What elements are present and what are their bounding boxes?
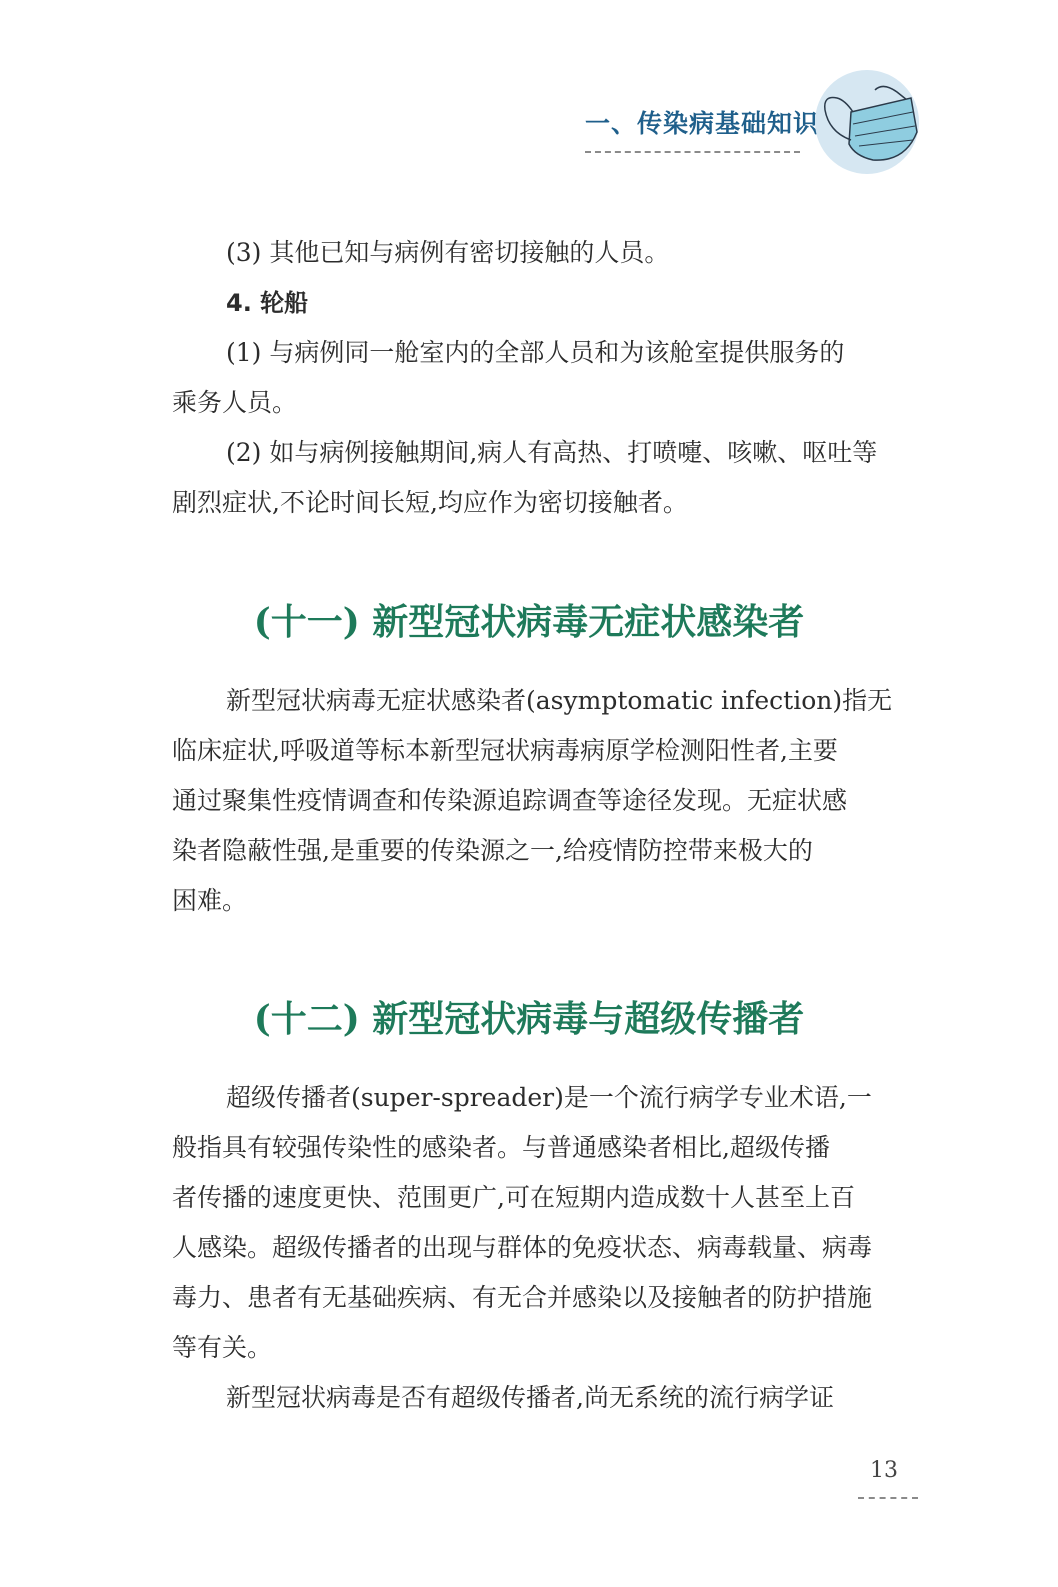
text-block-asymptomatic: 新型冠状病毒无症状感染者(asymptomatic infection)指无 临…	[172, 676, 918, 926]
paragraph-line: 乘务人员。	[172, 378, 918, 428]
chapter-title: 一、传染病基础知识	[585, 104, 819, 140]
paragraph-line: (1) 与病例同一舱室内的全部人员和为该舱室提供服务的	[172, 328, 918, 378]
paragraph-line: 新型冠状病毒无症状感染者(asymptomatic infection)指无	[172, 676, 918, 726]
paragraph-line: 困难。	[172, 876, 918, 926]
paragraph-line: (2) 如与病例接触期间,病人有高热、打喷嚏、咳嗽、呕吐等	[172, 428, 918, 478]
paragraph-line: 通过聚集性疫情调查和传染源追踪调查等途径发现。无症状感	[172, 776, 918, 826]
paragraph-line: 般指具有较强传染性的感染者。与普通感染者相比,超级传播	[172, 1123, 918, 1173]
face-mask-icon	[815, 70, 919, 174]
section-heading-asymptomatic: (十一) 新型冠状病毒无症状感染者	[0, 594, 1058, 645]
paragraph-line: 超级传播者(super-spreader)是一个流行病学专业术语,一	[172, 1073, 918, 1123]
section-heading-super-spreader: (十二) 新型冠状病毒与超级传播者	[0, 991, 1058, 1042]
paragraph-line: 染者隐蔽性强,是重要的传染源之一,给疫情防控带来极大的	[172, 826, 918, 876]
paragraph-line: 者传播的速度更快、范围更广,可在短期内造成数十人甚至上百	[172, 1173, 918, 1223]
subheading-ship: 4. 轮船	[172, 278, 918, 328]
paragraph-line: 人感染。超级传播者的出现与群体的免疫状态、病毒载量、病毒	[172, 1223, 918, 1273]
page-number: 13	[870, 1458, 898, 1483]
paragraph-line: (3) 其他已知与病例有密切接触的人员。	[172, 228, 918, 278]
footer-divider	[858, 1497, 918, 1499]
text-block-super-spreader: 超级传播者(super-spreader)是一个流行病学专业术语,一 般指具有较…	[172, 1073, 918, 1423]
paragraph-line: 临床症状,呼吸道等标本新型冠状病毒病原学检测阳性者,主要	[172, 726, 918, 776]
paragraph-line: 新型冠状病毒是否有超级传播者,尚无系统的流行病学证	[172, 1373, 918, 1423]
paragraph-line: 等有关。	[172, 1323, 918, 1373]
paragraph-line: 剧烈症状,不论时间长短,均应作为密切接触者。	[172, 478, 918, 528]
text-block-close-contacts: (3) 其他已知与病例有密切接触的人员。 4. 轮船 (1) 与病例同一舱室内的…	[172, 228, 918, 528]
header-divider	[585, 151, 800, 153]
paragraph-line: 毒力、患者有无基础疾病、有无合并感染以及接触者的防护措施	[172, 1273, 918, 1323]
